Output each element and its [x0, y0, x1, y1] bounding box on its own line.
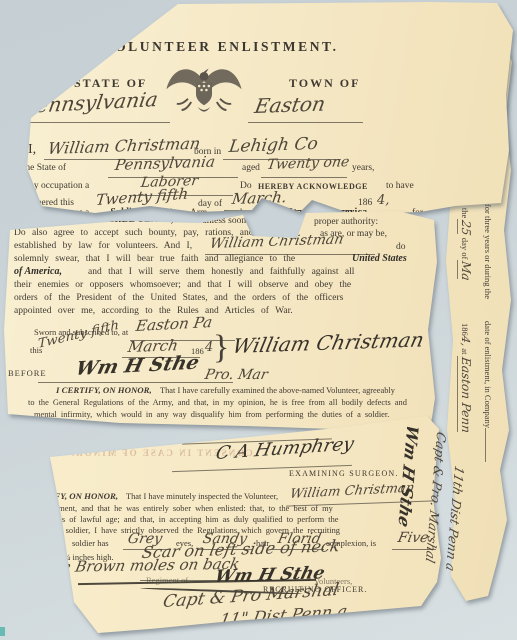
inspect-line3: d belief, he is of lawful age; and that,… [14, 516, 338, 524]
inspect-line1-a: CERTIFY, ON HONOR, [28, 492, 118, 501]
examining-surgeon-label: EXAMINING SURGEON. [289, 470, 399, 478]
paper-piece-bottom: CONSENT IN CASE OF MINOR. C A Humphrey E… [0, 0, 517, 640]
scan-artifact [0, 627, 5, 636]
desc-pre-label: soldier has [72, 539, 109, 548]
inspect-line1-b: That I have minutely inspected the Volun… [126, 493, 278, 501]
paper-piece-bottom-shadow: CONSENT IN CASE OF MINOR. C A Humphrey E… [0, 0, 517, 640]
officer-title-line2: 11" Dist Penn a [219, 603, 349, 628]
moles-note: ge Brown moles on back [51, 557, 241, 575]
inspect-line2: o his enlistment, and that he was entire… [18, 505, 333, 513]
surgeon-signature: C A Humphrey [214, 436, 355, 463]
scanned-document: Mustered into the servnited States, for … [0, 0, 517, 640]
